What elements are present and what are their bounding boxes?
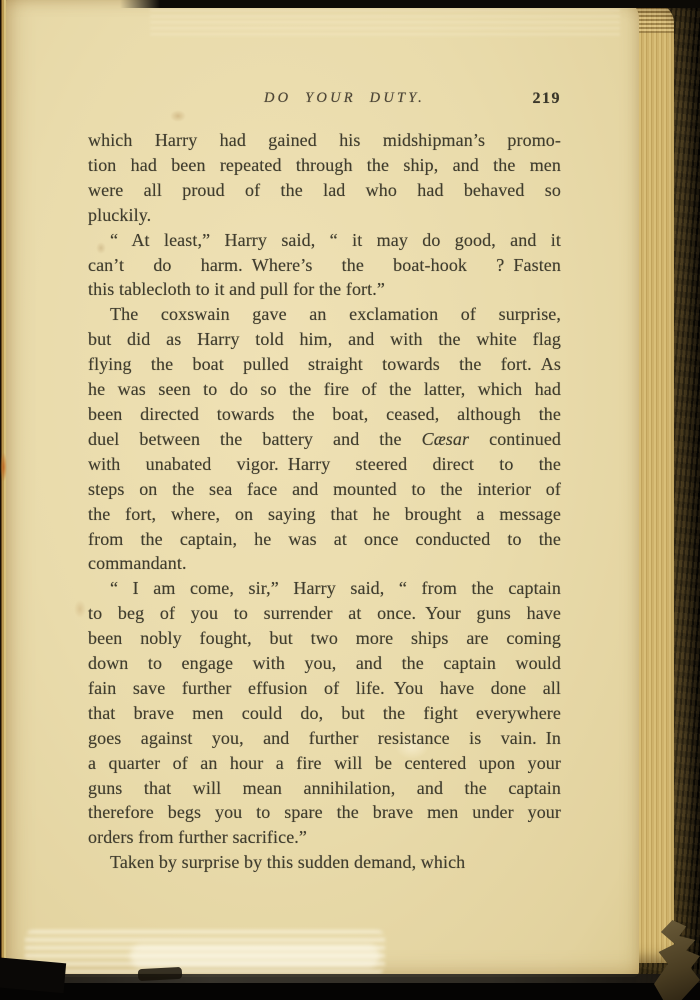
- text-line: the fort, where, on saying that he broug…: [88, 502, 561, 527]
- running-title: DO YOUR DUTY.: [88, 90, 561, 107]
- bottom-left-shadow: [0, 957, 66, 993]
- text-line: down to engage with you, and the captain…: [88, 651, 561, 676]
- text-line: that brave men could do, but the fight e…: [88, 701, 561, 726]
- text-line: to beg of you to surrender at once. Your…: [88, 601, 561, 626]
- text-line: orders from further sacrifice.”: [88, 825, 561, 850]
- text-line: but did as Harry told him, and with the …: [88, 327, 561, 352]
- text-line: with unabated vigor. Harry steered direc…: [88, 452, 561, 477]
- text-line: a quarter of an hour a fire will be cent…: [88, 751, 561, 776]
- text-line: this tablecloth to it and pull for the f…: [88, 277, 561, 302]
- page-content: DO YOUR DUTY. 219 which Harry had gained…: [0, 0, 700, 1000]
- text-line: goes against you, and further resistance…: [88, 726, 561, 751]
- text-line: therefore begs you to spare the brave me…: [88, 800, 561, 825]
- text-line: he was seen to do so the fire of the lat…: [88, 377, 561, 402]
- text-line: tion had been repeated through the ship,…: [88, 153, 561, 178]
- text-line: been directed towards the boat, ceased, …: [88, 402, 561, 427]
- text-block: which Harry had gained his midshipman’s …: [88, 128, 561, 875]
- text-line: fain save further effusion of life. You …: [88, 676, 561, 701]
- text-line: “ I am come, sir,” Harry said, “ from th…: [88, 576, 561, 601]
- text-line: which Harry had gained his midshipman’s …: [88, 128, 561, 153]
- text-line: steps on the sea face and mounted to the…: [88, 477, 561, 502]
- text-line: Taken by surprise by this sudden demand,…: [88, 850, 561, 875]
- text-line: from the captain, he was at once conduct…: [88, 527, 561, 552]
- bottom-shadow-notch: [138, 967, 183, 981]
- text-line: were all proud of the lad who had behave…: [88, 178, 561, 203]
- text-line: been nobly fought, but two more ships ar…: [88, 626, 561, 651]
- book-photo: DO YOUR DUTY. 219 which Harry had gained…: [0, 0, 700, 1000]
- text-line: flying the boat pulled straight towards …: [88, 352, 561, 377]
- photo-bottom-shadow: [0, 983, 700, 1000]
- page-header: DO YOUR DUTY. 219: [88, 90, 561, 110]
- text-line: commandant.: [88, 551, 561, 576]
- text-line: guns that will mean annihilation, and th…: [88, 776, 561, 801]
- text-line: can’t do harm. Where’s the boat-hook ? F…: [88, 253, 561, 278]
- text-line: duel between the battery and the Cæsar c…: [88, 427, 561, 452]
- text-line: pluckily.: [88, 203, 561, 228]
- left-edge-stain: [0, 452, 7, 482]
- page-number: 219: [533, 90, 562, 108]
- text-line: “ At least,” Harry said, “ it may do goo…: [88, 228, 561, 253]
- text-line: The coxswain gave an exclamation of surp…: [88, 302, 561, 327]
